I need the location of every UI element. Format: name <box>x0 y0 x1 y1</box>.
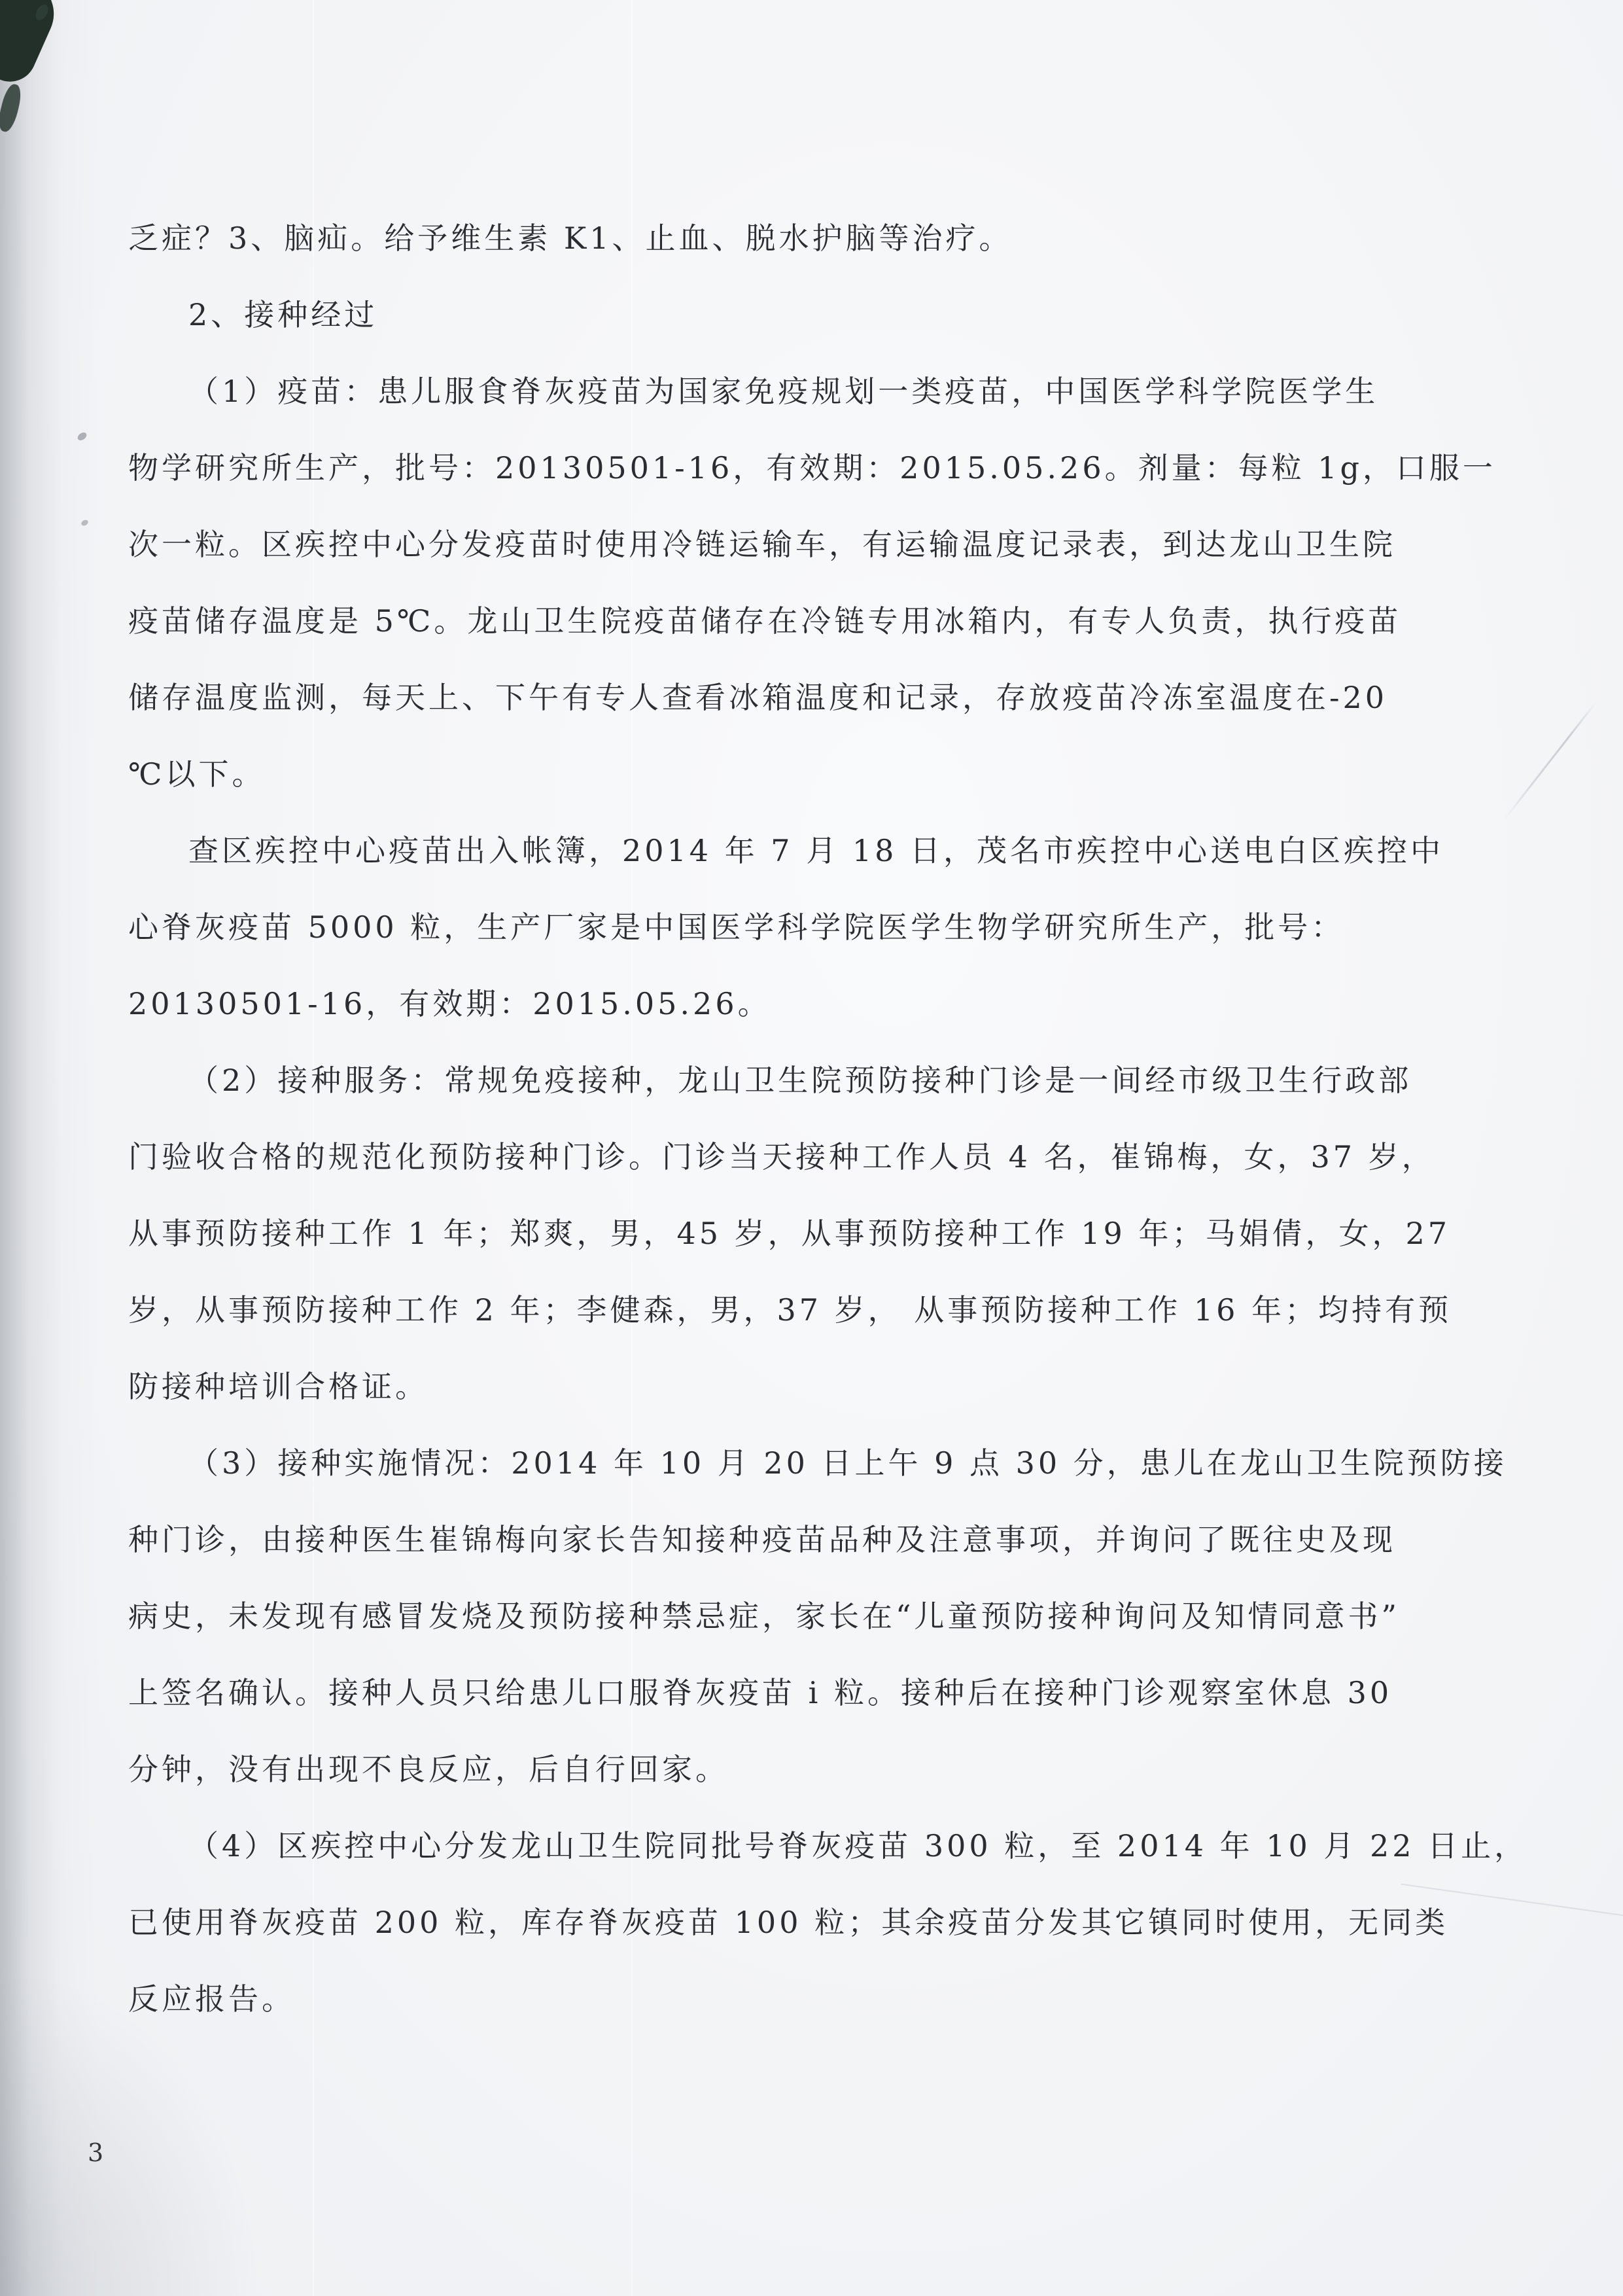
paragraph: （1）疫苗：患儿服食脊灰疫苗为国家免疫规划一类疫苗，中国医学科学院医学生 物学研… <box>128 353 1509 813</box>
text-line: 疫苗储存温度是 5℃。龙山卫生院疫苗储存在冷链专用冰箱内，有专人负责，执行疫苗 <box>128 583 1509 660</box>
text-line: 防接种培训合格证。 <box>128 1349 1509 1425</box>
text-line: 查区疾控中心疫苗出入帐簿，2014 年 7 月 18 日，茂名市疾控中心送电白区… <box>128 813 1509 889</box>
text-line: 从事预防接种工作 1 年；郑爽，男，45 岁，从事预防接种工作 19 年；马娟倩… <box>128 1195 1509 1272</box>
text-line: 反应报告。 <box>128 1961 1509 2038</box>
scan-smudge <box>80 519 90 527</box>
text-line: 次一粒。区疾控中心分发疫苗时使用冷链运输车，有运输温度记录表，到达龙山卫生院 <box>128 506 1509 583</box>
text-line: 分钟，没有出现不良反应，后自行回家。 <box>128 1731 1509 1808</box>
scan-left-edge-shadow <box>0 0 98 2296</box>
text-line: ℃以下。 <box>128 736 1509 813</box>
text-line: 20130501-16，有效期：2015.05.26。 <box>128 966 1509 1042</box>
paragraph: （2）接种服务：常规免疫接种，龙山卫生院预防接种门诊是一间经市级卫生行政部 门验… <box>128 1042 1509 1425</box>
paragraph: 查区疾控中心疫苗出入帐簿，2014 年 7 月 18 日，茂名市疾控中心送电白区… <box>128 813 1509 1042</box>
text-line: （3）接种实施情况：2014 年 10 月 20 日上午 9 点 30 分，患儿… <box>128 1425 1509 1502</box>
paragraph: （3）接种实施情况：2014 年 10 月 20 日上午 9 点 30 分，患儿… <box>128 1425 1509 1808</box>
paragraph: （4）区疾控中心分发龙山卫生院同批号脊灰疫苗 300 粒，至 2014 年 10… <box>128 1808 1509 2038</box>
page-number: 3 <box>88 2138 103 2167</box>
text-line: 储存温度监测，每天上、下午有专人查看冰箱温度和记录，存放疫苗冷冻室温度在-20 <box>128 660 1509 736</box>
paragraph: 乏症？3、脑疝。给予维生素 K1、止血、脱水护脑等治疗。 <box>128 200 1509 277</box>
paragraph: 2、接种经过 <box>128 277 1509 353</box>
scan-crease <box>1503 701 1597 821</box>
text-line: 物学研究所生产，批号：20130501-16，有效期：2015.05.26。剂量… <box>128 430 1509 506</box>
text-line: （2）接种服务：常规免疫接种，龙山卫生院预防接种门诊是一间经市级卫生行政部 <box>128 1042 1509 1119</box>
text-line: 病史，未发现有感冒发烧及预防接种禁忌症，家长在“儿童预防接种询问及知情同意书” <box>128 1578 1509 1655</box>
text-line: 上签名确认。接种人员只给患儿口服脊灰疫苗 i 粒。接种后在接种门诊观察室休息 3… <box>128 1655 1509 1731</box>
text-line: 已使用脊灰疫苗 200 粒，库存脊灰疫苗 100 粒；其余疫苗分发其它镇同时使用… <box>128 1884 1509 1961</box>
scan-corner-blot <box>0 0 65 90</box>
scanned-document-page: 乏症？3、脑疝。给予维生素 K1、止血、脱水护脑等治疗。 2、接种经过 （1）疫… <box>0 0 1623 2296</box>
text-line: （4）区疾控中心分发龙山卫生院同批号脊灰疫苗 300 粒，至 2014 年 10… <box>128 1808 1509 1884</box>
text-line: 心脊灰疫苗 5000 粒，生产厂家是中国医学科学院医学生物学研究所生产，批号： <box>128 889 1509 966</box>
scan-smudge <box>76 431 88 442</box>
text-line: 乏症？3、脑疝。给予维生素 K1、止血、脱水护脑等治疗。 <box>128 200 1509 277</box>
section-heading: 2、接种经过 <box>128 277 1509 353</box>
text-line: 岁，从事预防接种工作 2 年；李健森，男，37 岁， 从事预防接种工作 16 年… <box>128 1272 1509 1349</box>
text-line: 门验收合格的规范化预防接种门诊。门诊当天接种工作人员 4 名，崔锦梅，女，37 … <box>128 1119 1509 1195</box>
scan-corner-blot <box>0 82 24 133</box>
document-body-text: 乏症？3、脑疝。给予维生素 K1、止血、脱水护脑等治疗。 2、接种经过 （1）疫… <box>128 200 1509 2038</box>
text-line: 种门诊，由接种医生崔锦梅向家长告知接种疫苗品种及注意事项，并询问了既往史及现 <box>128 1502 1509 1578</box>
text-line: （1）疫苗：患儿服食脊灰疫苗为国家免疫规划一类疫苗，中国医学科学院医学生 <box>128 353 1509 430</box>
